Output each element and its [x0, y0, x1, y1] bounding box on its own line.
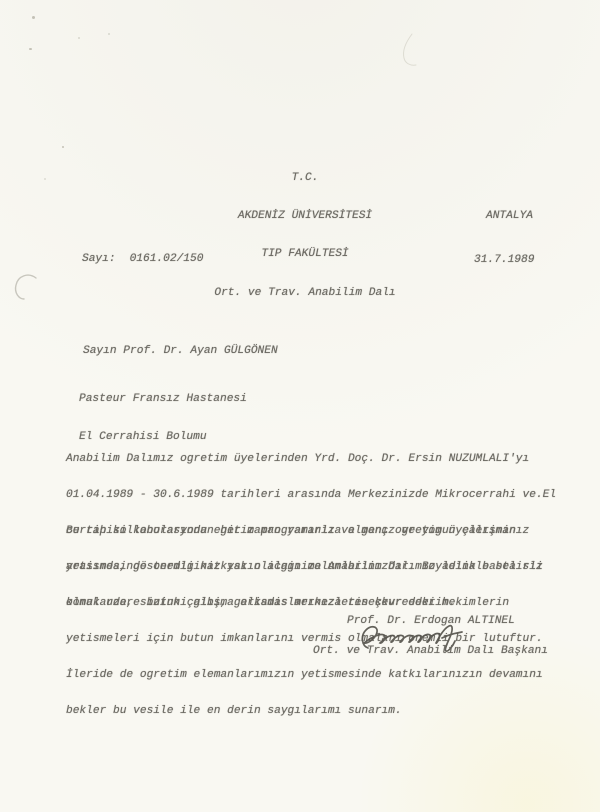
- letterhead: T.C. AKDENİZ ÜNİVERSİTESİ TIP FAKÜLTESİ …: [0, 146, 600, 325]
- signer-title: Ort. ve Trav. Anabilim Dalı Başkanı: [313, 645, 548, 657]
- letterhead-department: Ort. ve Trav. Anabilim Dalı: [0, 287, 600, 300]
- reference-label: Sayı:: [82, 253, 116, 265]
- scan-speck: [108, 33, 110, 35]
- scan-speck: [78, 37, 80, 39]
- scan-speck: [62, 146, 64, 148]
- body-line: 01.04.1989 - 30.6.1989 tarihleri arasınd…: [66, 489, 556, 501]
- recipient-institution: Pasteur Fransız Hastanesi: [79, 393, 247, 406]
- scan-speck: [32, 16, 35, 19]
- body-line: İleride de ogretim elemanlarımızın yetis…: [66, 669, 543, 681]
- scan-speck: [29, 48, 32, 50]
- body-line: konularda, sizinki gibi, gelismis merkez…: [66, 597, 543, 609]
- scan-speck: [44, 178, 46, 180]
- body-line: bekler bu vesile ile en derin saygılarım…: [66, 705, 543, 717]
- scan-artifact-curl: [10, 268, 46, 310]
- reference-line: Sayı:0161.02/150: [82, 253, 203, 265]
- body-line: yetismesinde onemli katkısı olacagı malu…: [66, 561, 543, 573]
- letterhead-country: T.C.: [0, 172, 600, 185]
- reference-number: 0161.02/150: [130, 253, 204, 265]
- scan-artifact-hairline: [396, 32, 422, 70]
- letterhead-city: ANTALYA: [486, 210, 533, 222]
- scanned-letter-page: T.C. AKDENİZ ÜNİVERSİTESİ TIP FAKÜLTESİ …: [0, 0, 600, 812]
- body-line: Anabilim Dalımız ogretim üyelerinden Yrd…: [66, 453, 556, 465]
- body-line: Bu tip kollaborasyonun her zaman yararlı…: [66, 525, 543, 537]
- letter-date: 31.7.1989: [474, 254, 534, 266]
- recipient-salutation: Sayın Prof. Dr. Ayan GÜLGÖNEN: [83, 345, 278, 357]
